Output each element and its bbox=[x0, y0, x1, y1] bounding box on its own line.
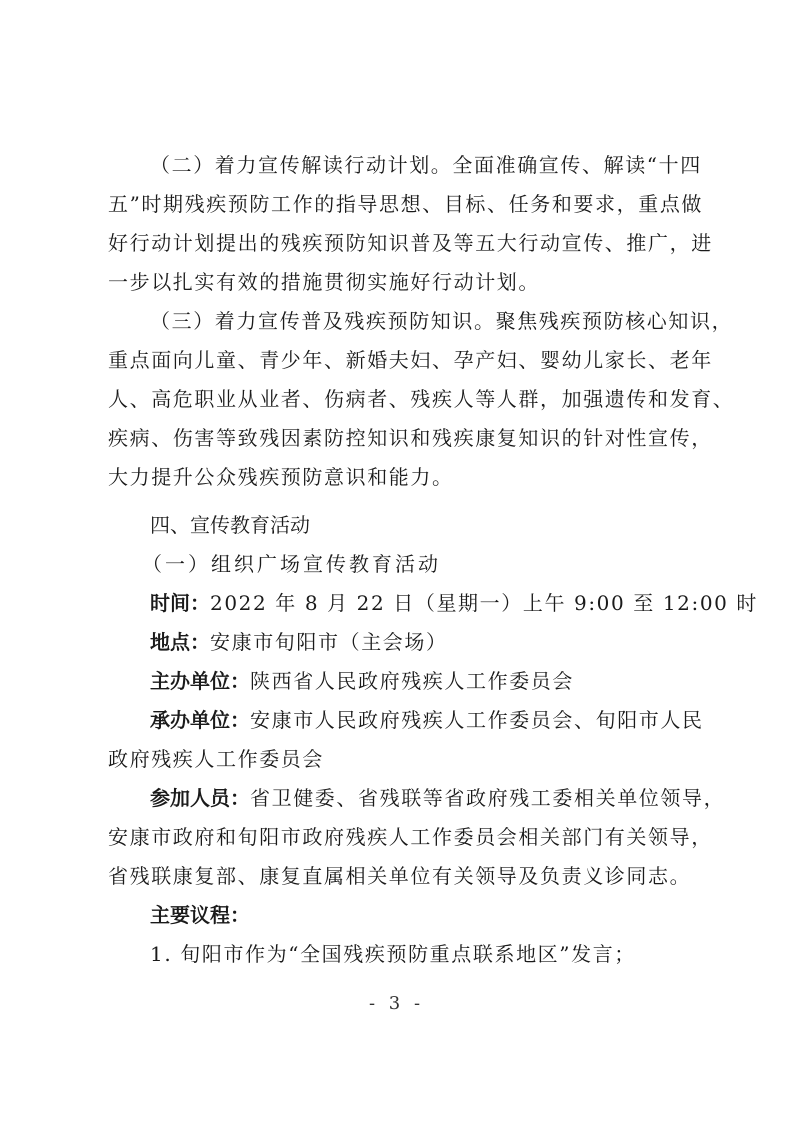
document-page: （二）着力宣传解读行动计划。全面准确宣传、解读“十四 五”时期残疾预防工作的指导… bbox=[0, 0, 793, 1122]
page-number: - 3 - bbox=[0, 993, 793, 1014]
paragraph-3-line-4: 疾病、伤害等致残因素防控知识和残疾康复知识的针对性宣传， bbox=[108, 423, 700, 453]
participants-value-1: 省卫健委、省残联等省政府残工委相关单位领导， bbox=[250, 786, 725, 810]
agenda-label: 主要议程： bbox=[150, 900, 700, 930]
paragraph-2-line-2: 五”时期残疾预防工作的指导思想、目标、任务和要求，重点做 bbox=[108, 189, 700, 219]
paragraph-2-line-3: 好行动计划提出的残疾预防知识普及等五大行动宣传、推广，进 bbox=[108, 228, 700, 258]
host-label: 主办单位： bbox=[150, 669, 250, 693]
section-heading: 四、宣传教育活动 bbox=[150, 510, 700, 540]
paragraph-2-line-4: 一步以扎实有效的措施贯彻实施好行动计划。 bbox=[108, 267, 700, 297]
paragraph-3-line-1: （三）着力宣传普及残疾预防知识。聚焦残疾预防核心知识， bbox=[150, 306, 700, 336]
subsection-heading: （一）组织广场宣传教育活动 bbox=[142, 549, 734, 579]
agenda-item-1: 1. 旬阳市作为“全国残疾预防重点联系地区”发言； bbox=[150, 939, 700, 969]
organizer-row: 承办单位：安康市人民政府残疾人工作委员会、旬阳市人民 bbox=[150, 705, 700, 735]
organizer-value-2: 政府残疾人工作委员会 bbox=[108, 744, 700, 774]
time-value: 2022 年 8 月 22 日（星期一）上午 9:00 至 12:00 时 bbox=[210, 591, 758, 615]
paragraph-2-line-1: （二）着力宣传解读行动计划。全面准确宣传、解读“十四 bbox=[150, 150, 700, 180]
host-row: 主办单位：陕西省人民政府残疾人工作委员会 bbox=[150, 666, 700, 696]
paragraph-3-line-3: 人、高危职业从业者、伤病者、残疾人等人群，加强遗传和发育、 bbox=[108, 384, 700, 414]
participants-value-3: 省残联康复部、康复直属相关单位有关领导及负责义诊同志。 bbox=[108, 861, 700, 891]
paragraph-3-line-5: 大力提升公众残疾预防意识和能力。 bbox=[108, 462, 700, 492]
participants-label: 参加人员： bbox=[150, 786, 250, 810]
host-value: 陕西省人民政府残疾人工作委员会 bbox=[250, 669, 574, 693]
participants-row: 参加人员：省卫健委、省残联等省政府残工委相关单位领导， bbox=[150, 783, 700, 813]
time-label: 时间： bbox=[150, 591, 210, 615]
place-row: 地点：安康市旬阳市（主会场） bbox=[150, 627, 700, 657]
organizer-value-1: 安康市人民政府残疾人工作委员会、旬阳市人民 bbox=[250, 708, 704, 732]
organizer-label: 承办单位： bbox=[150, 708, 250, 732]
participants-value-2: 安康市政府和旬阳市政府残疾人工作委员会相关部门有关领导， bbox=[108, 822, 700, 852]
place-value: 安康市旬阳市（主会场） bbox=[210, 630, 448, 654]
paragraph-3-line-2: 重点面向儿童、青少年、新婚夫妇、孕产妇、婴幼儿家长、老年 bbox=[108, 345, 700, 375]
place-label: 地点： bbox=[150, 630, 210, 654]
time-row: 时间：2022 年 8 月 22 日（星期一）上午 9:00 至 12:00 时 bbox=[150, 588, 700, 618]
